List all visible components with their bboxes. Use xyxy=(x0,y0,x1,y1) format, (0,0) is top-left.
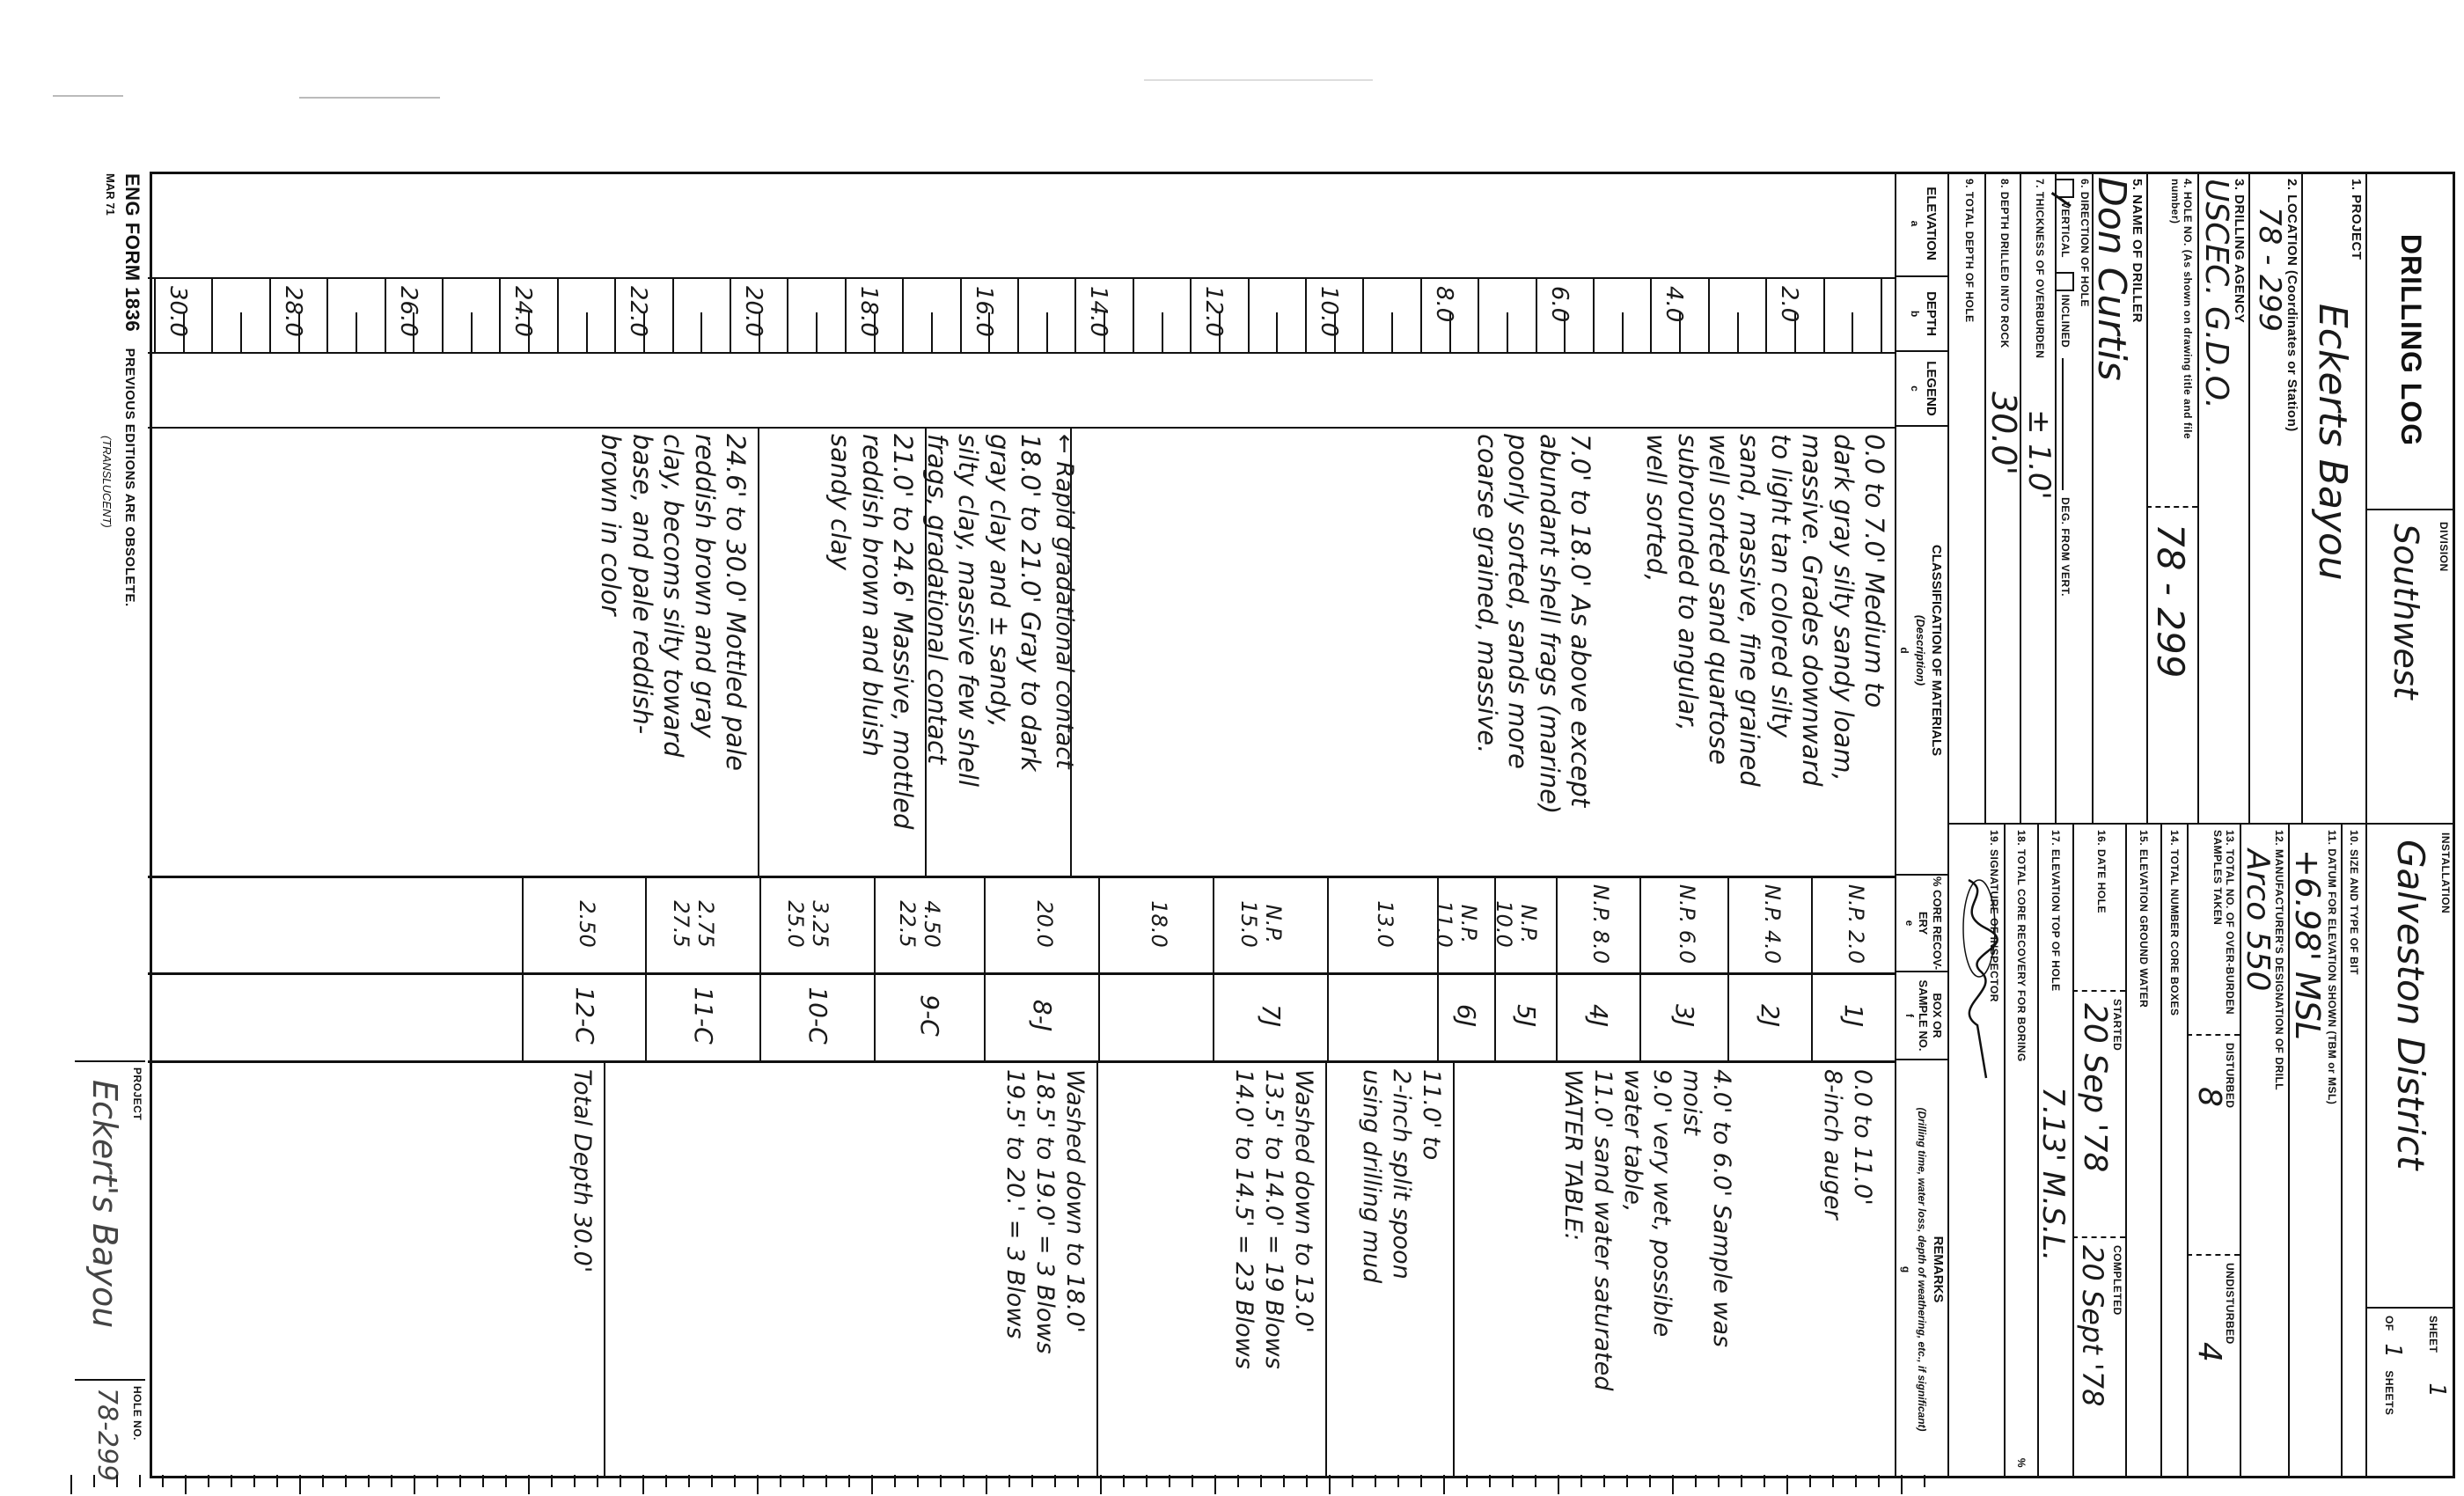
page-ruler-tick xyxy=(894,1475,896,1487)
field-total-depth: 9. TOTAL DEPTH OF HOLE xyxy=(1949,172,1984,823)
depth-rock-label: 8. DEPTH DRILLED INTO ROCK xyxy=(1998,179,2011,348)
location-value: 78 - 299 xyxy=(2252,207,2287,332)
field-date-hole: 16. DATE HOLE STARTED 20 Sep '78 COMPLET… xyxy=(2072,823,2125,1478)
sample-row: N.P. 4.02J xyxy=(1727,876,1811,1060)
column-headers: ELEVATIONa DEPTHb LEGENDc CLASSIFICATION… xyxy=(1895,172,1947,1478)
remark-auger: 0.0 to 11.0' 8-inch auger xyxy=(1818,1069,1878,1220)
hole-no-value: 78 - 299 xyxy=(2149,524,2192,678)
samples-taken-label: 13. TOTAL NO. OF OVER-BURDEN SAMPLES TAK… xyxy=(2211,830,2236,1032)
depth-rock-value: 30.0' xyxy=(1984,392,2023,475)
page-ruler-tick xyxy=(1603,1475,1605,1487)
page-ruler-tick xyxy=(574,1475,576,1487)
page-ruler-tick xyxy=(1718,1475,1720,1487)
driller-value: Don Curtis xyxy=(2089,177,2134,381)
box-sample-value: 7J xyxy=(1257,974,1286,1057)
classification-body: 0.0 to 7.0' Medium to dark gray silty sa… xyxy=(148,427,1895,876)
sheets-label: SHEETS xyxy=(2383,1370,2395,1415)
depth-scale-labels: 2.04.06.08.010.012.014.016.018.020.022.0… xyxy=(148,172,1895,352)
page-ruler-tick xyxy=(757,1475,759,1494)
core-recovery-unit: % xyxy=(2015,1458,2028,1468)
page-ruler-tick xyxy=(1512,1475,1514,1487)
vertical-label: VERTICAL xyxy=(2059,202,2072,258)
started-value: 20 Sep '78 xyxy=(2077,1003,2113,1172)
page-ruler-tick xyxy=(734,1475,736,1487)
field-drill-designation: 12. MANUFACTURER'S DESIGNATION OF DRILL … xyxy=(2240,823,2288,1478)
page-ruler-tick xyxy=(368,1475,370,1487)
page-ruler-tick xyxy=(70,1475,72,1494)
of-sheets-value: 1 xyxy=(2380,1344,2406,1359)
samples-body: N.P. 2.01JN.P. 4.02JN.P. 6.03JN.P. 8.04J… xyxy=(148,876,1895,1060)
page-ruler-tick xyxy=(1260,1475,1262,1487)
page-ruler-tick xyxy=(551,1475,553,1487)
page-ruler-tick xyxy=(1649,1475,1651,1487)
page-ruler-tick xyxy=(597,1475,598,1487)
field-depth-rock: 8. DEPTH DRILLED INTO ROCK 30.0' xyxy=(1984,172,2020,823)
description-0-7: 0.0 to 7.0' Medium to dark gray silty sa… xyxy=(1640,434,1889,787)
box-sample-value: 10-C xyxy=(803,974,832,1057)
hole-no-label: 4. HOLE NO. (As shown on drawing title a… xyxy=(2169,179,2194,487)
page-ruler-tick xyxy=(1558,1475,1559,1494)
page-ruler-tick xyxy=(848,1475,850,1487)
drill-designation-value: Arco 550 xyxy=(2240,849,2276,991)
completed-value: 20 Sept '78 xyxy=(2076,1245,2109,1406)
description-24-6-30: 24.6' to 30.0' Mottled pale reddish brow… xyxy=(595,434,751,771)
box-sample-value: 8-J xyxy=(1028,974,1057,1057)
installation-label: INSTALLATION xyxy=(2439,832,2452,913)
core-recovery-value: N.P. 8.0 xyxy=(1589,879,1614,969)
page-ruler-tick xyxy=(917,1475,919,1487)
core-recovery-label: 18. TOTAL CORE RECOVERY FOR BORING xyxy=(2015,830,2028,1062)
description-18-21: 18.0' to 21.0' Gray to dark gray clay an… xyxy=(921,434,1046,787)
page-ruler-tick xyxy=(1420,1475,1422,1487)
page-ruler-tick xyxy=(1397,1475,1399,1487)
page-ruler-tick xyxy=(1123,1475,1125,1487)
page-ruler-tick xyxy=(414,1475,415,1494)
field-ground-water: 15. ELEVATION GROUND WATER xyxy=(2125,823,2160,1478)
col-classification: CLASSIFICATION OF MATERIALS(Description)… xyxy=(1895,427,1947,876)
sample-row: 3.25 25.010-C xyxy=(759,876,874,1060)
page-ruler-tick xyxy=(642,1475,644,1494)
date-hole-label: 16. DATE HOLE xyxy=(2095,830,2108,913)
sample-row: N.P. 6.03J xyxy=(1639,876,1727,1060)
core-recovery-value: N.P. 6.0 xyxy=(1675,879,1699,969)
core-recovery-value: 18.0 xyxy=(1147,879,1171,969)
page-ruler-tick xyxy=(1283,1475,1285,1487)
core-recovery-value: 2.75 27.5 xyxy=(669,879,718,969)
signature-mark xyxy=(1947,876,2004,1087)
page-ruler-tick xyxy=(1192,1475,1193,1487)
page-ruler-tick xyxy=(1901,1475,1903,1494)
field-overburden: 7. THICKNESS OF OVERBURDEN ± 1.0' xyxy=(2020,172,2055,823)
page-ruler-tick xyxy=(1100,1475,1102,1494)
page-ruler-tick xyxy=(1306,1475,1308,1487)
field-signature: 19. SIGNATURE OF INSPECTOR xyxy=(1947,823,2004,1478)
disturbed-value: 8 xyxy=(2191,1087,2227,1107)
project-label: 1. PROJECT xyxy=(2349,179,2364,260)
core-recovery-value: 3.25 25.0 xyxy=(783,879,832,969)
page-ruler-tick xyxy=(1764,1475,1765,1487)
vertical-checkbox[interactable] xyxy=(2055,179,2074,198)
core-recovery-value: 4.50 22.5 xyxy=(896,879,945,969)
depth-scale-label: 26.0 xyxy=(395,286,422,337)
form-date: MAR 71 xyxy=(104,173,117,216)
depth-scale-label: 8.0 xyxy=(1431,286,1457,322)
started-label: STARTED xyxy=(2111,999,2123,1051)
undisturbed-label: UNDISTURBED xyxy=(2224,1263,2236,1345)
page-ruler-tick xyxy=(1855,1475,1857,1487)
core-recovery-value: N.P. 10.0 xyxy=(1492,879,1541,969)
page-ruler-tick xyxy=(276,1475,278,1487)
col-elevation: ELEVATIONa xyxy=(1895,172,1947,277)
footer-hole-value: 78-299 xyxy=(92,1388,122,1481)
page-ruler-tick xyxy=(528,1475,530,1494)
overburden-value: ± 1.0' xyxy=(2021,409,2057,500)
sample-row: 2.75 27.511-C xyxy=(645,876,759,1060)
page-ruler-tick xyxy=(1169,1475,1170,1487)
page-ruler-tick xyxy=(436,1475,438,1487)
page-ruler-tick xyxy=(963,1475,964,1487)
page-ruler-tick xyxy=(711,1475,713,1487)
page-ruler-tick xyxy=(1535,1475,1536,1487)
datum-label: 11. DATUM FOR ELEVATION SHOWN (TBM or MS… xyxy=(2326,830,2338,1104)
footer-hole-label: HOLE NO. xyxy=(131,1386,143,1441)
page-ruler-tick xyxy=(1443,1475,1445,1494)
overburden-label: 7. THICKNESS OF OVERBURDEN xyxy=(2034,179,2046,358)
page-ruler-tick xyxy=(1786,1475,1788,1494)
drilling-log-form: DRILLING LOG DIVISION Southwest INSTALLA… xyxy=(70,172,2455,1478)
sample-row: N.P. 10.05J xyxy=(1494,876,1556,1060)
inclined-label: INCLINED xyxy=(2059,295,2072,348)
page-ruler-tick xyxy=(93,1475,95,1487)
remark-blows-18: Washed down to 18.0' 18.5' to 19.0' = 3 … xyxy=(1001,1069,1089,1354)
box-sample-value: 4J xyxy=(1585,974,1614,1057)
page-ruler-tick xyxy=(482,1475,484,1487)
sample-row: 18.0 xyxy=(1098,876,1213,1060)
deg-from-vert-label: DEG. FROM VERT. xyxy=(2059,497,2072,597)
field-bit: 10. SIZE AND TYPE OF BIT xyxy=(2341,823,2365,1478)
elevation-top-label: 17. ELEVATION TOP OF HOLE xyxy=(2050,830,2062,992)
page-ruler-tick xyxy=(1924,1475,1925,1487)
page-ruler-tick xyxy=(345,1475,347,1487)
sample-row: 20.08-J xyxy=(984,876,1098,1060)
page-ruler-tick xyxy=(322,1475,324,1487)
page-ruler-tick xyxy=(1832,1475,1834,1487)
box-sample-value: 2J xyxy=(1756,974,1786,1057)
page-ruler-tick xyxy=(1626,1475,1628,1487)
installation-block: INSTALLATION Galveston District xyxy=(2367,827,2455,1302)
page-ruler-tick xyxy=(185,1475,187,1494)
undisturbed-value: 4 xyxy=(2191,1342,2227,1362)
field-drilling-agency: 3. DRILLING AGENCY USCEC. G.D.O. xyxy=(2197,172,2248,823)
box-sample-value: 11-C xyxy=(689,974,718,1057)
depth-scale-label: 20.0 xyxy=(740,286,766,337)
field-project: 1. PROJECT Eckerts Bayou xyxy=(2301,172,2367,823)
core-recovery-value: N.P. 4.0 xyxy=(1761,879,1786,969)
bit-label: 10. SIZE AND TYPE OF BIT xyxy=(2348,830,2360,975)
page-ruler-tick xyxy=(1695,1475,1697,1487)
field-core-recovery: 18. TOTAL CORE RECOVERY FOR BORING % xyxy=(2004,823,2037,1478)
page-ruler-tick xyxy=(780,1475,781,1487)
core-recovery-value: 20.0 xyxy=(1032,879,1057,969)
box-sample-value: 6J xyxy=(1453,974,1482,1057)
sample-row: 13.0 xyxy=(1327,876,1437,1060)
col-core-recovery: % CORE RECOV-ERYe xyxy=(1895,876,1947,972)
page-ruler-tick xyxy=(940,1475,942,1487)
field-hole-no: 4. HOLE NO. (As shown on drawing title a… xyxy=(2146,172,2197,823)
page-ruler-tick xyxy=(505,1475,507,1487)
col-depth: DEPTHb xyxy=(1895,277,1947,352)
page-ruler-tick xyxy=(459,1475,461,1487)
right-fields: 10. SIZE AND TYPE OF BIT 11. DATUM FOR E… xyxy=(1949,823,2367,1478)
page-ruler-tick xyxy=(1672,1475,1674,1494)
sample-row: 2.5012-C xyxy=(522,876,645,1060)
direction-label: 6. DIRECTION OF HOLE xyxy=(2079,179,2091,307)
datum-value: +6.98' MSL xyxy=(2288,849,2327,1040)
division-value: Southwest xyxy=(2387,524,2425,700)
depth-scale-label: 2.0 xyxy=(1776,286,1802,322)
page-ruler-tick xyxy=(1054,1475,1056,1487)
page-ruler-tick xyxy=(1146,1475,1148,1487)
sheet-value: 1 xyxy=(2424,1382,2450,1397)
page-ruler-tick xyxy=(1878,1475,1880,1487)
sample-row: N.P. 15.07J xyxy=(1213,876,1327,1060)
inclined-checkbox[interactable] xyxy=(2055,272,2074,291)
form-number: ENG FORM 1836 xyxy=(121,173,143,332)
page-ruler-tick xyxy=(986,1475,987,1494)
remark-total-depth: Total Depth 30.0' xyxy=(567,1069,597,1272)
scan-speck xyxy=(1144,79,1373,81)
page-ruler-tick xyxy=(1214,1475,1216,1494)
scan-speck xyxy=(53,95,123,97)
page-ruler-tick xyxy=(1741,1475,1742,1487)
page-ruler-tick xyxy=(299,1475,301,1494)
title-block: DRILLING LOG DIVISION Southwest xyxy=(2367,172,2455,823)
sample-row: 4.50 22.59-C xyxy=(874,876,984,1060)
core-recovery-value: 13.0 xyxy=(1374,879,1398,969)
page-ruler-tick xyxy=(1375,1475,1376,1487)
page-ruler-tick xyxy=(391,1475,392,1487)
box-sample-value: 1J xyxy=(1840,974,1869,1057)
field-datum: 11. DATUM FOR ELEVATION SHOWN (TBM or MS… xyxy=(2288,823,2341,1478)
depth-scale-label: 22.0 xyxy=(625,286,651,337)
sheet-label: SHEET xyxy=(2427,1316,2439,1353)
left-fields: 1. PROJECT Eckerts Bayou 2. LOCATION (Co… xyxy=(1949,172,2367,823)
depth-scale-label: 4.0 xyxy=(1661,286,1687,322)
col-box-sample: BOX OR SAMPLE NO.f xyxy=(1895,972,1947,1060)
field-direction: 6. DIRECTION OF HOLE VERTICAL INCLINED D… xyxy=(2055,172,2092,823)
page-ruler-tick xyxy=(620,1475,621,1487)
depth-scale-label: 6.0 xyxy=(1546,286,1573,322)
total-depth-label: 9. TOTAL DEPTH OF HOLE xyxy=(1963,179,1976,323)
hole-no-top: Hole No. 78-299 xyxy=(2459,1184,2464,1483)
core-recovery-value: N.P. 2.0 xyxy=(1844,879,1869,969)
description-7-18: 7.0' to 18.0' As above except abundant s… xyxy=(1471,434,1596,814)
rapid-contact-note: ← Rapid gradational contact xyxy=(1049,434,1078,769)
page-ruler-tick xyxy=(1008,1475,1010,1487)
depth-scale-label: 24.0 xyxy=(510,286,536,337)
description-21-24-6: 21.0' to 24.6' Massive, mottled reddish … xyxy=(825,434,918,829)
page-ruler-tick xyxy=(139,1475,141,1487)
page-ruler-tick xyxy=(1466,1475,1468,1487)
page-ruler-tick xyxy=(1031,1475,1033,1487)
page-ruler-tick xyxy=(665,1475,667,1487)
scan-speck xyxy=(299,97,440,99)
of-label: OF xyxy=(2383,1316,2395,1331)
field-elevation-top: 17. ELEVATION TOP OF HOLE 7.13' M.S.L. xyxy=(2037,823,2072,1478)
page-ruler-tick xyxy=(1580,1475,1582,1487)
field-location: 2. LOCATION (Coordinates or Station) 78 … xyxy=(2248,172,2301,823)
obsolete-note: PREVIOUS EDITIONS ARE OBSOLETE. xyxy=(122,348,137,607)
depth-scale-label: 18.0 xyxy=(855,286,882,337)
remarks-body: 0.0 to 11.0' 8-inch auger 4.0' to 6.0' S… xyxy=(148,1060,1895,1478)
field-driller: 5. NAME OF DRILLER Don Curtis xyxy=(2092,172,2146,823)
sample-row: N.P. 8.04J xyxy=(1556,876,1639,1060)
bottom-edge-ruler xyxy=(70,1475,1936,1496)
depth-scale-label: 10.0 xyxy=(1316,286,1342,337)
sample-row: N.P. 2.01J xyxy=(1811,876,1895,1060)
page-ruler-tick xyxy=(825,1475,827,1487)
footer-project-value: Eckert's Bayou xyxy=(85,1080,124,1328)
core-recovery-value: N.P. 15.0 xyxy=(1236,879,1286,969)
project-value: Eckerts Bayou xyxy=(2310,304,2355,581)
remark-blows-13: Washed down to 13.0' 13.5' to 14.0' = 19… xyxy=(1229,1069,1318,1369)
elevation-top-value: 7.13' M.S.L. xyxy=(2035,1087,2071,1261)
page-ruler-tick xyxy=(803,1475,804,1487)
col-legend: LEGENDc xyxy=(1895,352,1947,427)
installation-value: Galveston District xyxy=(2389,840,2432,1170)
field-samples-taken: 13. TOTAL NO. OF OVER-BURDEN SAMPLES TAK… xyxy=(2187,823,2240,1478)
page-ruler-tick xyxy=(208,1475,209,1487)
page-ruler-tick xyxy=(1352,1475,1353,1487)
remark-split-spoon: 11.0' to 2-inch split spoon using drilli… xyxy=(1357,1069,1446,1283)
page-ruler-tick xyxy=(688,1475,690,1487)
col-remarks: REMARKS(Drilling time, water loss, depth… xyxy=(1895,1060,1947,1478)
depth-scale-label: 14.0 xyxy=(1085,286,1111,337)
page-ruler-tick xyxy=(1077,1475,1079,1487)
division-label: DIVISION xyxy=(2438,522,2450,572)
core-recovery-value: 2.50 xyxy=(575,879,599,969)
footer-project-label: PROJECT xyxy=(131,1067,143,1120)
field-core-boxes: 14. TOTAL NUMBER CORE BOXES xyxy=(2160,823,2187,1478)
page-ruler-tick xyxy=(1489,1475,1491,1487)
page-ruler-tick xyxy=(871,1475,873,1494)
depth-scale-label: 12.0 xyxy=(1200,286,1227,337)
ground-water-label: 15. ELEVATION GROUND WATER xyxy=(2138,830,2150,1008)
page-ruler-tick xyxy=(1237,1475,1239,1487)
depth-scale-label: 28.0 xyxy=(280,286,306,337)
translucent-note: (TRANSLUCENT) xyxy=(100,436,114,528)
form-title: DRILLING LOG xyxy=(2395,234,2428,446)
box-sample-value: 5J xyxy=(1512,974,1541,1057)
page-ruler-tick xyxy=(231,1475,232,1487)
page-ruler-tick xyxy=(253,1475,255,1487)
remark-water-table: 4.0' to 6.0' Sample was moist 9.0' very … xyxy=(1558,1069,1737,1390)
form-footer: ENG FORM 1836 PREVIOUS EDITIONS ARE OBSO… xyxy=(75,172,145,1478)
sheet-block: SHEET 1 OF 1 SHEETS xyxy=(2367,1307,2455,1478)
page-ruler-tick xyxy=(1329,1475,1331,1494)
log-table: ELEVATIONa DEPTHb LEGENDc CLASSIFICATION… xyxy=(150,172,1949,1478)
box-sample-value: 12-C xyxy=(570,974,599,1057)
depth-scale-label: 16.0 xyxy=(971,286,997,337)
page-ruler-tick xyxy=(162,1475,164,1487)
core-boxes-label: 14. TOTAL NUMBER CORE BOXES xyxy=(2168,830,2181,1016)
drilling-agency-value: USCEC. G.D.O. xyxy=(2198,179,2234,409)
box-sample-value: 9-C xyxy=(916,974,945,1057)
depth-scale-label: 30.0 xyxy=(165,286,191,337)
page-ruler-tick xyxy=(1809,1475,1811,1487)
sample-row: N.P. 11.06J xyxy=(1437,876,1494,1060)
completed-label: COMPLETED xyxy=(2111,1245,2123,1316)
page-ruler-tick xyxy=(116,1475,118,1487)
core-recovery-value: N.P. 11.0 xyxy=(1433,879,1482,969)
box-sample-value: 3J xyxy=(1670,974,1699,1057)
